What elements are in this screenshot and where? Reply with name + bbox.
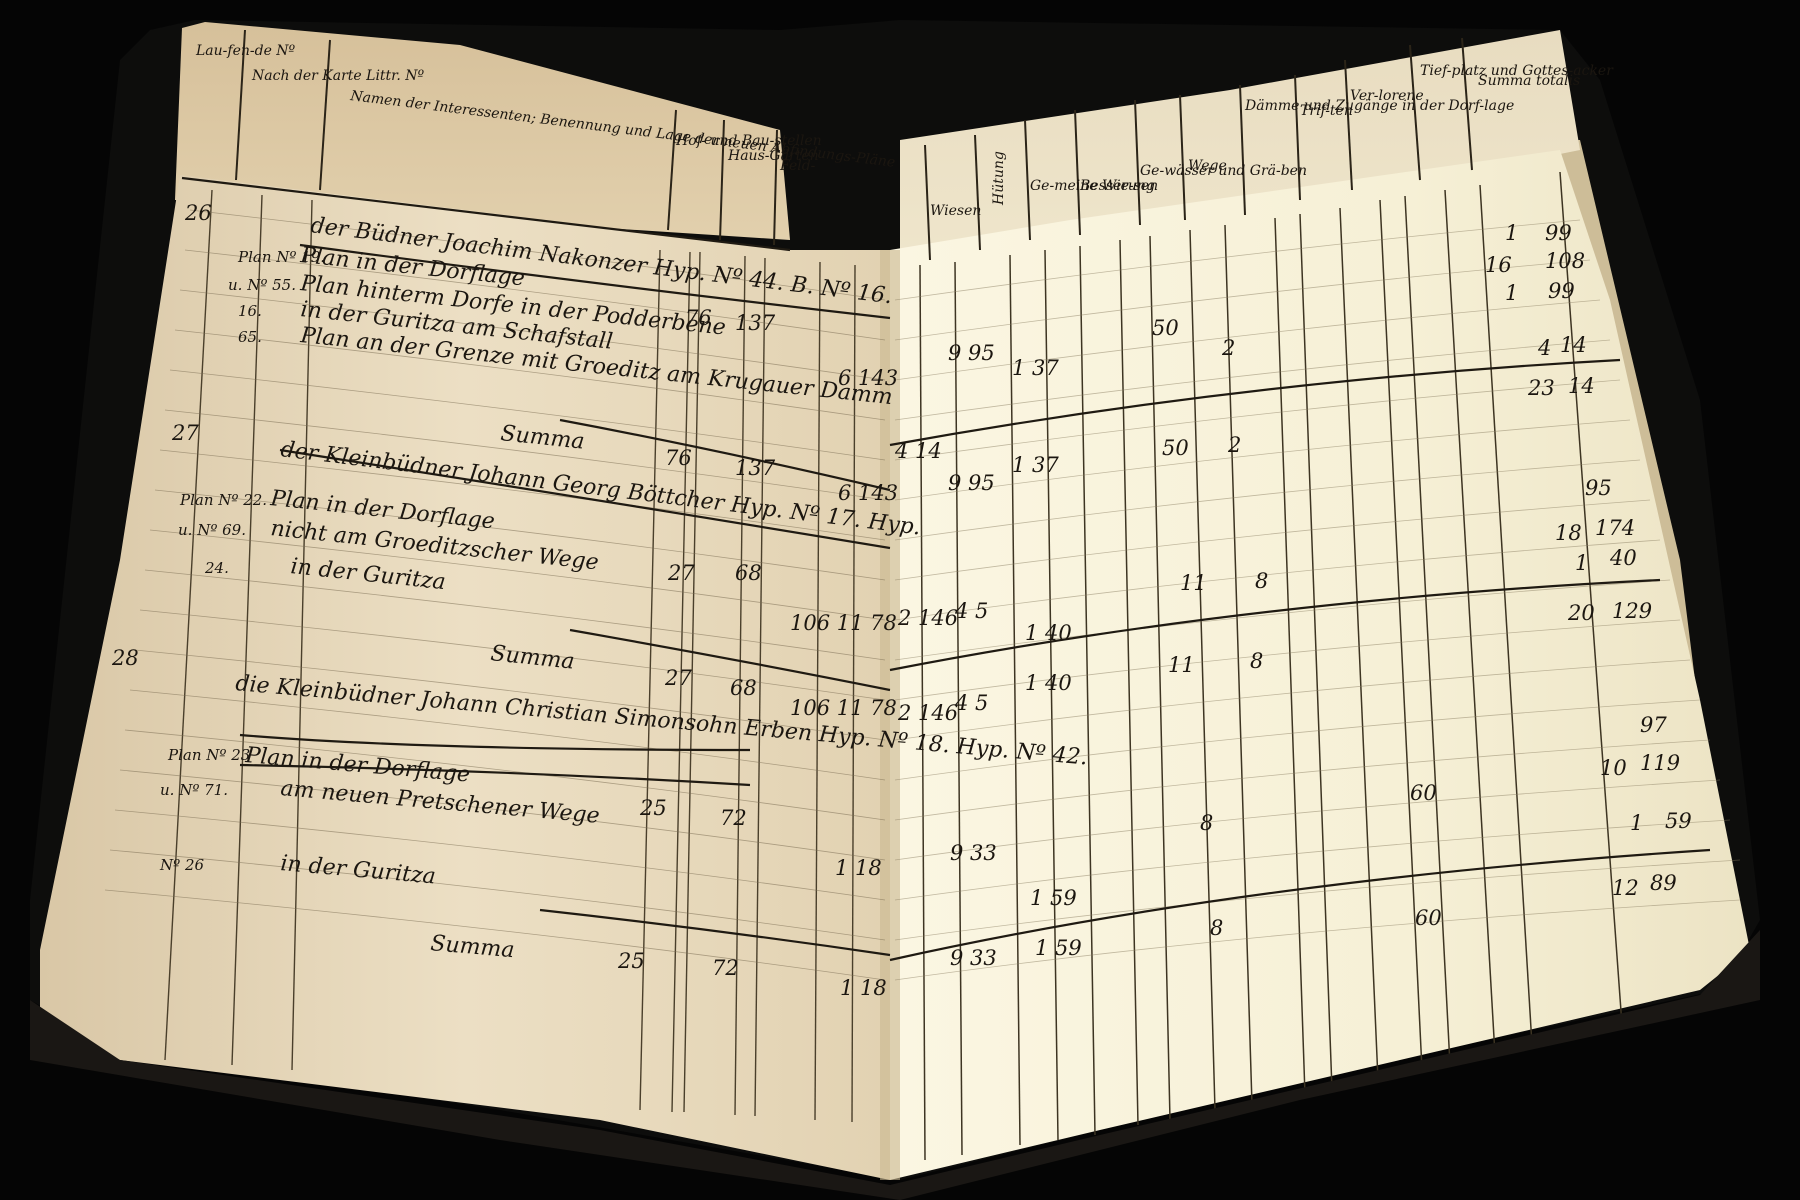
wiesen-value: 4 5 [954, 599, 988, 623]
summa-r: 97 [1640, 713, 1667, 737]
wege-value: 8 [1210, 916, 1223, 940]
header-karte: Nach der Karte Littr. Nº [251, 68, 424, 84]
header-wiesen: Wiesen [930, 203, 981, 219]
header-wege: Wege [1188, 158, 1227, 174]
summa-garten: 72 [712, 956, 739, 980]
hof-value: 25 [639, 796, 667, 820]
wiesen-value: 9 33 [950, 841, 997, 865]
summa-acker: 6 143 [838, 481, 898, 505]
summa-m: 4 [1537, 336, 1551, 360]
summa-r: 59 [1665, 809, 1692, 833]
karte-ref: u. Nº 69. [178, 521, 246, 539]
summa-acker: 106 11 78 [790, 696, 897, 720]
besserung-value: 1 40 [1025, 621, 1072, 645]
summa-m: 16 [1485, 253, 1512, 277]
summa-r: 99 [1548, 279, 1575, 303]
summa-hof: 25 [617, 949, 645, 973]
besserung-value: 1 37 [1012, 453, 1059, 477]
summa-m: 18 [1555, 521, 1582, 545]
besserung-value: 1 59 [1030, 886, 1077, 910]
summa-m: 1 [1575, 551, 1588, 575]
wiesen-value: 9 33 [950, 946, 997, 970]
header-summa: Summa totalis [1478, 73, 1580, 89]
summa-r: 119 [1640, 751, 1680, 775]
besserung-value: 1 59 [1035, 936, 1082, 960]
summa-hof: 27 [664, 666, 692, 690]
summa-m: 1 [1630, 811, 1643, 835]
summa-r: 99 [1545, 221, 1572, 245]
entry-number: 27 [171, 421, 199, 445]
summa-r: 89 [1650, 871, 1677, 895]
tiefplatz-value: 60 [1415, 906, 1442, 930]
wiesen-value: 4 5 [954, 691, 988, 715]
wege-value: 8 [1255, 569, 1268, 593]
tiefplatz-value: 60 [1410, 781, 1437, 805]
summa-prefix: 2 146 [897, 701, 958, 725]
summa-prefix: 4 14 [894, 439, 942, 463]
karte-ref: u. Nº 55. [228, 276, 296, 294]
karte-ref: 24. [204, 559, 229, 577]
summa-r: 129 [1612, 599, 1652, 623]
karte-ref: Plan Nº 22. [179, 491, 267, 509]
garten-value: 137 [735, 311, 776, 335]
summa-r: 108 [1545, 249, 1585, 273]
wege-value: 2 [1227, 433, 1241, 457]
karte-ref: Nº 26 [159, 856, 204, 874]
header-hof: Hof- und Bau-stellen [675, 133, 822, 149]
summa-garten: 137 [735, 456, 776, 480]
wiesen-value: 9 95 [948, 341, 995, 365]
summa-m: 10 [1600, 756, 1627, 780]
gewaesser-value: 11 [1180, 571, 1207, 595]
summa-hof: 76 [665, 446, 692, 470]
wege-value: 8 [1250, 649, 1263, 673]
summa-prefix: 2 146 [897, 606, 958, 630]
summa-m: 23 [1527, 376, 1555, 400]
karte-ref: 16. [238, 302, 262, 320]
garten-value: 68 [735, 561, 762, 585]
summa-acker: 1 18 [840, 976, 887, 1000]
wege-value: 8 [1200, 811, 1213, 835]
open-ledger-book: Lau-fen-de Nº Nach der Karte Littr. Nº N… [0, 0, 1800, 1200]
acker-value: 106 11 78 [790, 611, 897, 635]
hof-value: 27 [667, 561, 695, 585]
karte-ref: u. Nº 71. [160, 781, 228, 799]
summa-r: 174 [1595, 516, 1635, 540]
ledger-photo: Lau-fen-de Nº Nach der Karte Littr. Nº N… [0, 0, 1800, 1200]
entry-number: 28 [111, 646, 139, 670]
gewaesser-value: 50 [1152, 316, 1179, 340]
garten-value: 72 [720, 806, 747, 830]
summa-m: 20 [1567, 601, 1595, 625]
summa-m: 1 [1505, 221, 1518, 245]
wege-value: 2 [1221, 336, 1235, 360]
summa-garten: 68 [730, 676, 757, 700]
summa-r: 95 [1585, 476, 1612, 500]
summa-m: 1 [1505, 281, 1518, 305]
header-besserung: Besserung [1079, 178, 1155, 194]
gewaesser-value: 11 [1168, 653, 1195, 677]
header-feld: Feld- [779, 158, 816, 174]
summa-r: 14 [1560, 333, 1587, 357]
summa-r: 14 [1568, 374, 1595, 398]
karte-ref: Plan Nº 23 [167, 746, 250, 764]
wiesen-value: 9 95 [948, 471, 995, 495]
header-triften: Trif-ten [1300, 103, 1353, 119]
karte-ref: 65. [238, 328, 262, 346]
besserung-value: 1 40 [1025, 671, 1072, 695]
gewaesser-value: 50 [1162, 436, 1189, 460]
entry-number: 26 [184, 201, 212, 225]
header-lfd-nr: Lau-fen-de Nº [195, 43, 296, 59]
header-huetung: Hütung [991, 151, 1007, 206]
summa-m: 12 [1612, 876, 1639, 900]
header-verlorene: Ver-lorene [1350, 88, 1424, 104]
acker-value: 1 18 [835, 856, 882, 880]
besserung-value: 1 37 [1012, 356, 1059, 380]
summa-r: 40 [1609, 546, 1637, 570]
